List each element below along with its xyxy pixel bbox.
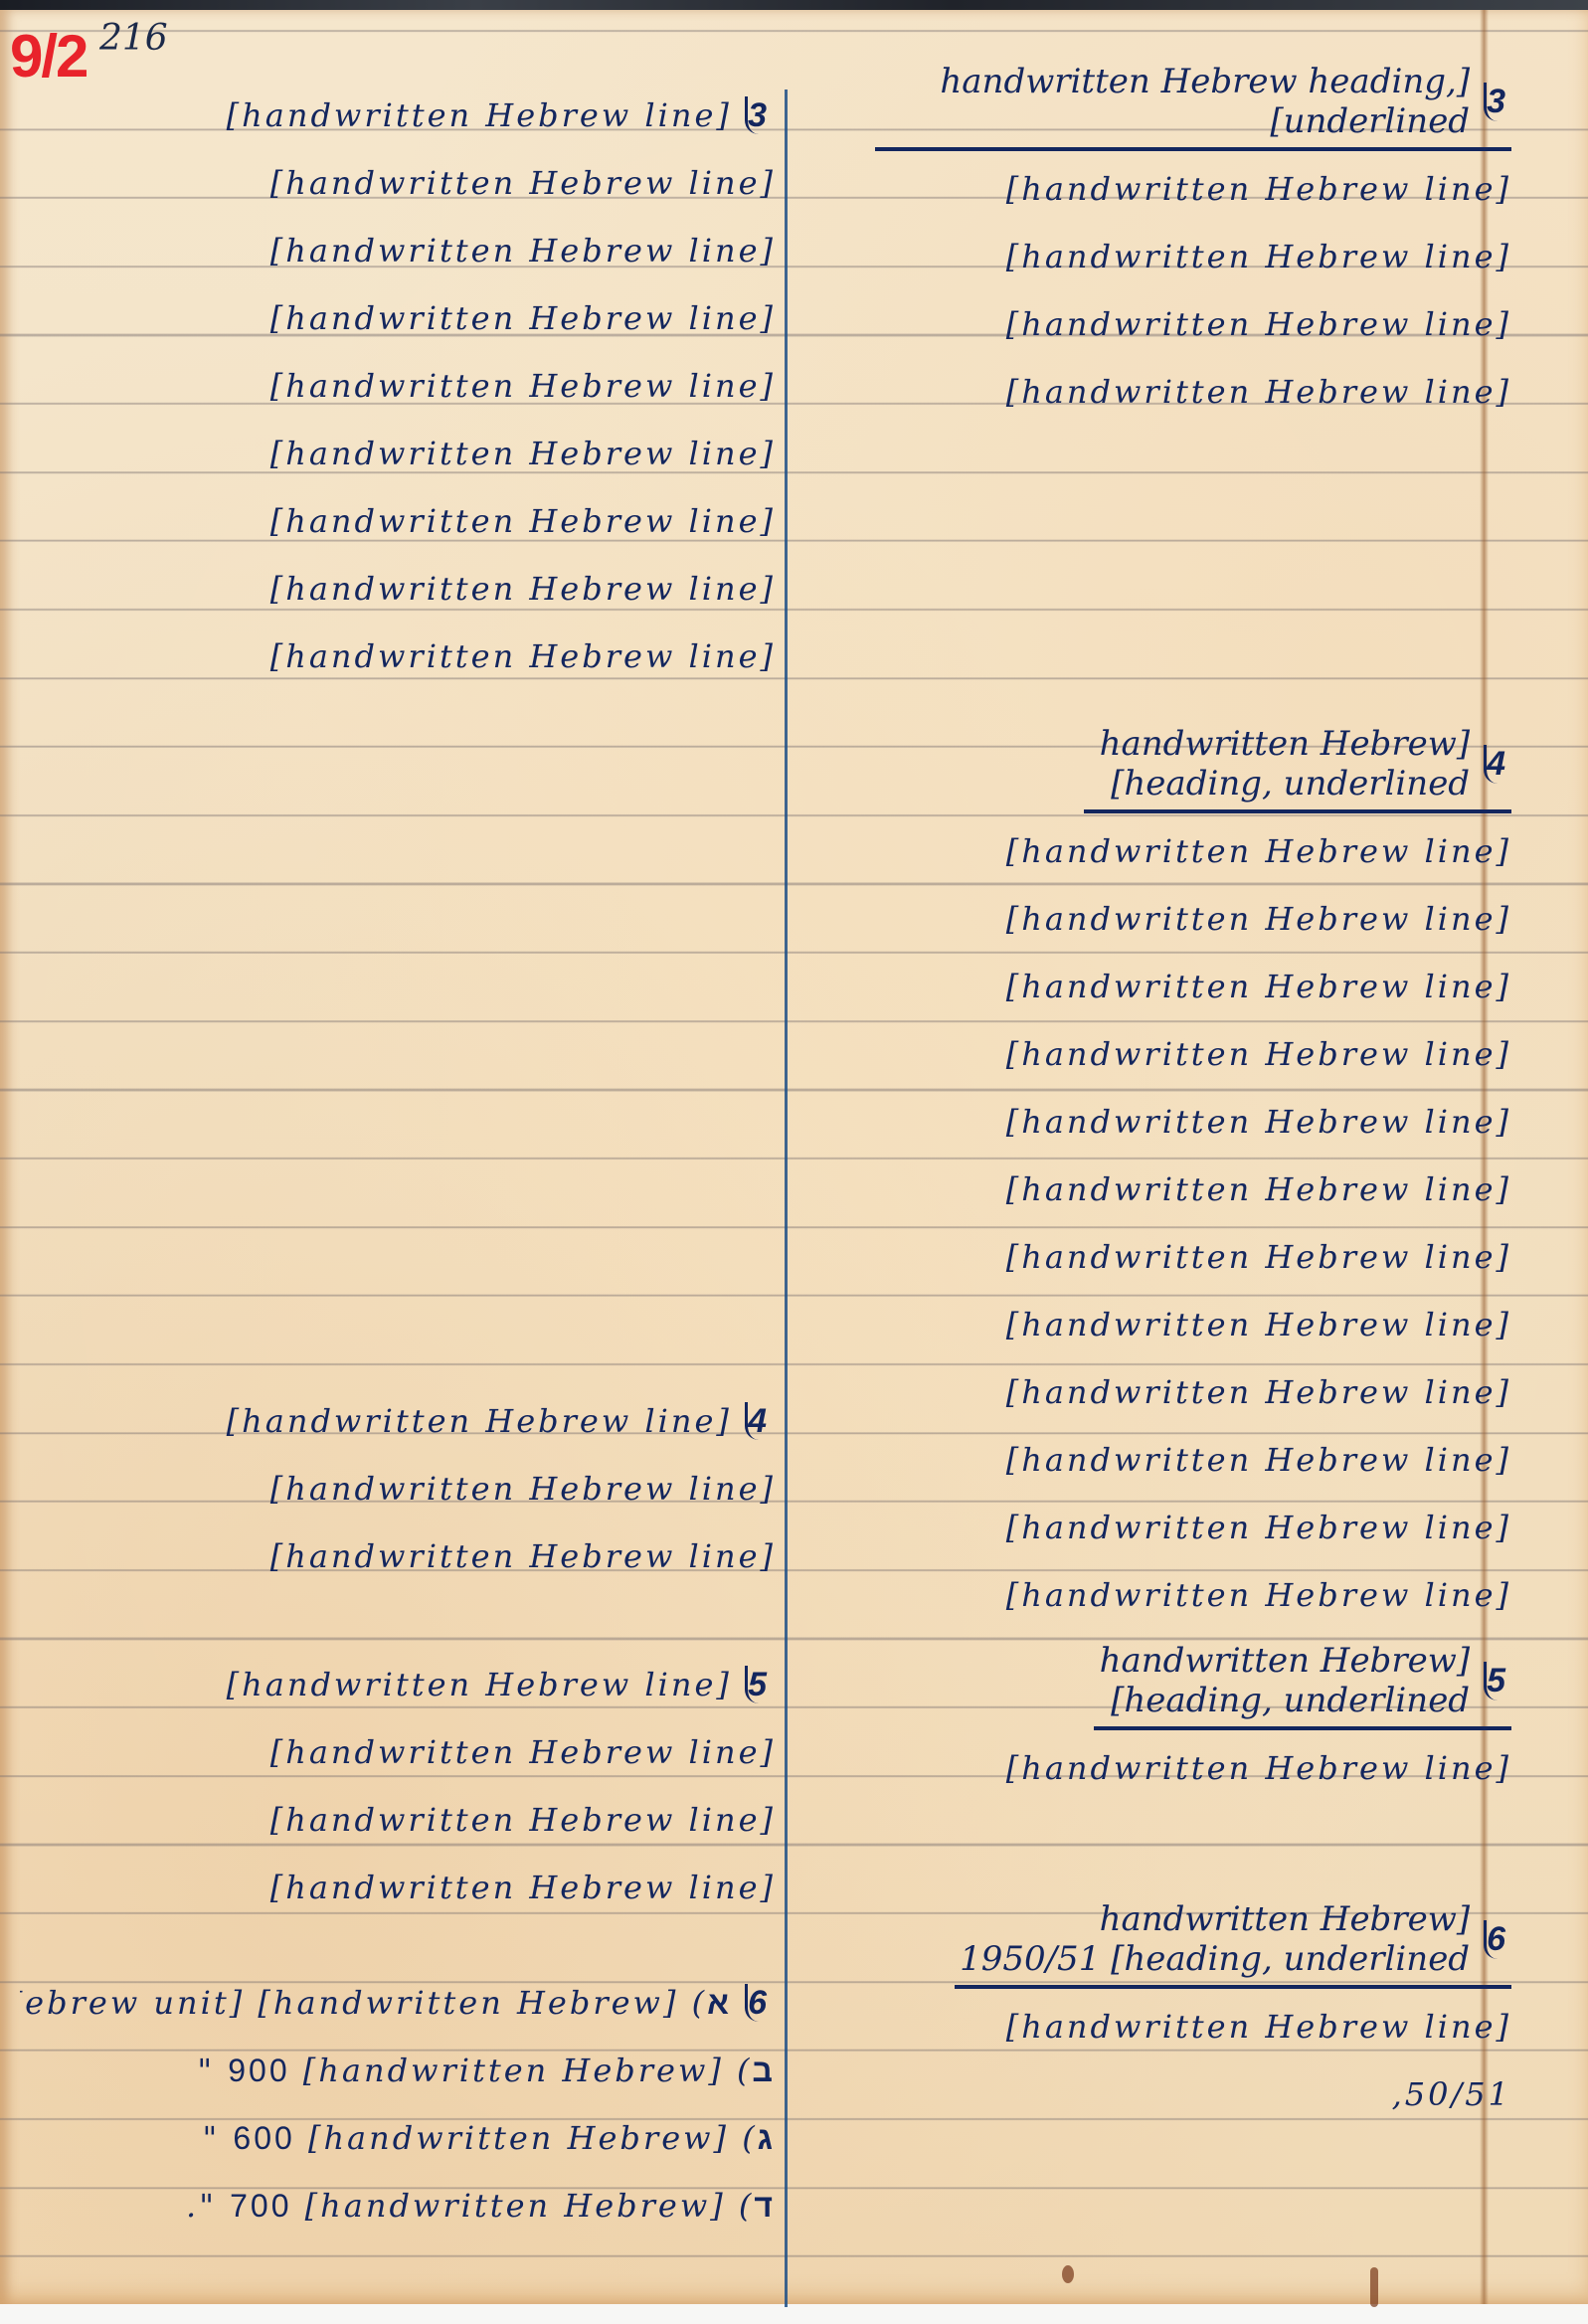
text-line: [handwritten Hebrew line] <box>815 1223 1511 1291</box>
text-line: [handwritten Hebrew line] <box>20 555 776 623</box>
text-line: [handwritten Hebrew line] <box>815 1561 1511 1629</box>
item-amount: 600 <box>233 2120 294 2156</box>
text-line: [handwritten Hebrew line] <box>20 1718 776 1786</box>
item-unit: " <box>197 2052 215 2089</box>
text-line: [handwritten Hebrew line] <box>20 149 776 217</box>
heading-text: [handwritten Hebrew heading, underlined] <box>1094 1641 1470 1720</box>
item-marker: ב <box>753 2053 776 2088</box>
item-amount: 900 <box>228 2053 289 2088</box>
item-unit: ". <box>186 2187 217 2225</box>
text-line: 3 [handwritten Hebrew line] <box>20 82 776 149</box>
scan-border <box>0 0 1588 10</box>
section-body: [handwritten Hebrew line] 50/51, <box>815 1993 1511 2128</box>
text-line: [handwritten Hebrew line] <box>815 1426 1511 1494</box>
item-marker: ד <box>754 2188 776 2224</box>
section-number: 6 <box>745 1984 776 2022</box>
ink-stain <box>1062 2265 1074 2283</box>
item-marker: א <box>707 1985 732 2021</box>
page-label: 9/2 <box>10 22 87 90</box>
text-line: [handwritten Hebrew line] <box>815 1734 1511 1802</box>
line-text: [handwritten Hebrew line] <box>227 1666 732 1703</box>
text-line: 50/51, <box>815 2060 1511 2128</box>
text-line: [handwritten Hebrew line] <box>815 1291 1511 1358</box>
handwritten-page-number: 216 <box>99 18 168 59</box>
text-line: [handwritten Hebrew line] <box>20 352 776 420</box>
section-heading: 4 [handwritten Hebrew heading, underline… <box>1084 724 1511 813</box>
list-item: ד) [handwritten Hebrew] 700 ". <box>20 2172 776 2239</box>
section-6-left: 6 א) [handwritten Hebrew] 200 [handwritt… <box>20 1969 776 2239</box>
section-4-right: 4 [handwritten Hebrew heading, underline… <box>815 724 1511 1629</box>
section-6-right: 6 [handwritten Hebrew heading, underline… <box>815 1899 1511 2128</box>
text-line: [handwritten Hebrew line] <box>20 1786 776 1854</box>
item-text: [handwritten Hebrew] <box>303 2052 724 2089</box>
section-number: 5 <box>1484 1662 1511 1700</box>
text-line: [handwritten Hebrew line] <box>815 1020 1511 1088</box>
section-4-left: 4 [handwritten Hebrew line] [handwritten… <box>20 1387 776 1590</box>
text-line: [handwritten Hebrew line] <box>20 1455 776 1522</box>
section-number: 3 <box>1484 83 1511 121</box>
section-body: [handwritten Hebrew line] [handwritten H… <box>815 155 1511 426</box>
section-3-right: 3 [handwritten Hebrew heading, underline… <box>815 62 1511 426</box>
section-body: [handwritten Hebrew line] [handwritten H… <box>815 817 1511 1629</box>
list-item: ב) [handwritten Hebrew] 900 " <box>20 2037 776 2104</box>
column-divider <box>785 89 788 2307</box>
section-number: 4 <box>745 1402 776 1440</box>
item-text: [handwritten Hebrew] <box>305 2187 726 2225</box>
text-line: [handwritten Hebrew line] <box>815 358 1511 426</box>
section-5-left: 5 [handwritten Hebrew line] [handwritten… <box>20 1651 776 1921</box>
text-line: [handwritten Hebrew line] <box>815 155 1511 223</box>
ink-stain <box>1370 2267 1378 2307</box>
section-number: 3 <box>745 96 776 134</box>
line-text: [handwritten Hebrew line] <box>227 1402 732 1440</box>
item-marker: ג <box>758 2120 776 2156</box>
item-unit: [handwritten Hebrew unit] <box>20 1984 245 2022</box>
text-line: [handwritten Hebrew line] <box>20 487 776 555</box>
text-line: 4 [handwritten Hebrew line] <box>20 1387 776 1455</box>
item-text: [handwritten Hebrew] <box>308 2119 729 2157</box>
section-body: [handwritten Hebrew line] <box>815 1734 1511 1802</box>
text-line: [handwritten Hebrew line] <box>815 1993 1511 2060</box>
section-5-right: 5 [handwritten Hebrew heading, underline… <box>815 1641 1511 1802</box>
heading-text: [handwritten Hebrew heading, underlined]… <box>955 1899 1470 1979</box>
text-line: [handwritten Hebrew line] <box>815 223 1511 290</box>
section-number: 5 <box>745 1666 776 1703</box>
text-line: [handwritten Hebrew line] <box>815 1358 1511 1426</box>
item-unit: " <box>203 2119 221 2157</box>
list-item: 6 א) [handwritten Hebrew] 200 [handwritt… <box>20 1969 776 2037</box>
text-line: [handwritten Hebrew line] <box>20 623 776 690</box>
text-line: [handwritten Hebrew line] <box>20 420 776 487</box>
heading-text: [handwritten Hebrew heading, underlined] <box>875 62 1470 141</box>
text-line: [handwritten Hebrew line] <box>815 1088 1511 1156</box>
section-heading: 6 [handwritten Hebrew heading, underline… <box>955 1899 1511 1989</box>
section-number: 6 <box>1484 1920 1511 1959</box>
section-3-left: 3 [handwritten Hebrew line] [handwritten… <box>20 82 776 690</box>
text-line: [handwritten Hebrew line] <box>815 1494 1511 1561</box>
text-line: [handwritten Hebrew line] <box>20 284 776 352</box>
heading-text: [handwritten Hebrew heading, underlined] <box>1084 724 1470 804</box>
text-line: [handwritten Hebrew line] <box>815 953 1511 1020</box>
list-item: ג) [handwritten Hebrew] 600 " <box>20 2104 776 2172</box>
text-line: [handwritten Hebrew line] <box>20 1854 776 1921</box>
item-amount: 700 <box>230 2188 291 2224</box>
text-line: [handwritten Hebrew line] <box>815 817 1511 885</box>
text-line: 5 [handwritten Hebrew line] <box>20 1651 776 1718</box>
section-heading: 3 [handwritten Hebrew heading, underline… <box>875 62 1511 151</box>
text-line: [handwritten Hebrew line] <box>815 885 1511 953</box>
text-line: [handwritten Hebrew line] <box>815 1156 1511 1223</box>
section-number: 4 <box>1484 745 1511 784</box>
text-line: [handwritten Hebrew line] <box>20 217 776 284</box>
item-text: [handwritten Hebrew] <box>258 1984 678 2022</box>
section-heading: 5 [handwritten Hebrew heading, underline… <box>1094 1641 1511 1730</box>
text-line: [handwritten Hebrew line] <box>20 1522 776 1590</box>
text-line: [handwritten Hebrew line] <box>815 290 1511 358</box>
line-text: [handwritten Hebrew line] <box>227 96 732 134</box>
